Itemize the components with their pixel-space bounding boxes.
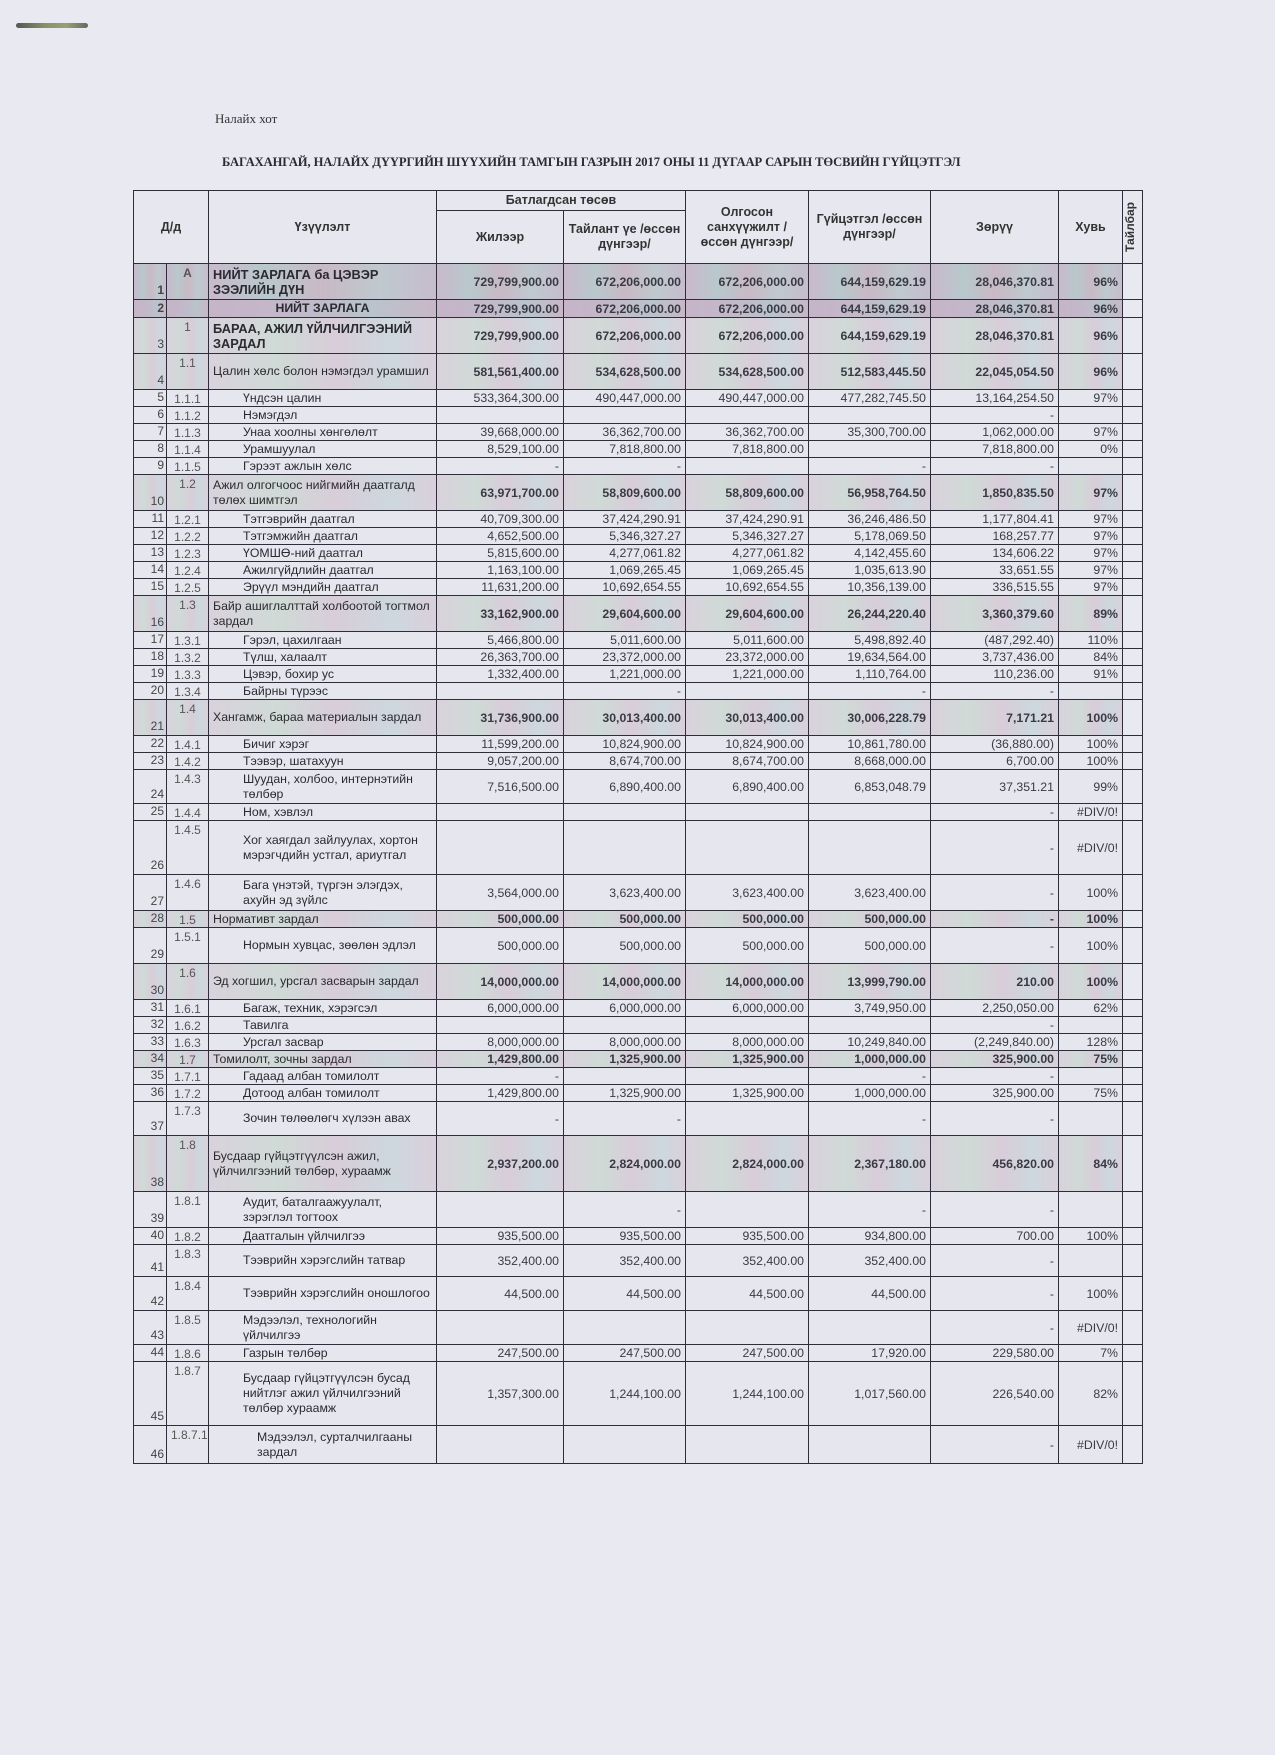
difference-value: 13,164,254.50 bbox=[931, 390, 1059, 407]
execution-value: 1,000,000.00 bbox=[809, 1085, 931, 1102]
period-value: 2,824,000.00 bbox=[564, 1136, 686, 1192]
row-index: 25 bbox=[134, 804, 167, 821]
report-title: БАГАХАНГАЙ, НАЛАЙХ ДҮҮРГИЙН ШҮҮХИЙН ТАМГ… bbox=[222, 155, 960, 170]
financed-value bbox=[686, 407, 809, 424]
period-value: 247,500.00 bbox=[564, 1345, 686, 1362]
percent-value: 97% bbox=[1059, 579, 1123, 596]
financed-value: 44,500.00 bbox=[686, 1277, 809, 1311]
note-cell bbox=[1123, 736, 1143, 753]
note-cell bbox=[1123, 649, 1143, 666]
financed-value: 500,000.00 bbox=[686, 928, 809, 964]
percent-value: #DIV/0! bbox=[1059, 1426, 1123, 1464]
row-code: 1.3.3 bbox=[167, 666, 209, 683]
period-value: 8,674,700.00 bbox=[564, 753, 686, 770]
row-name: Газрын төлбөр bbox=[209, 1345, 437, 1362]
annual-value: 7,516,500.00 bbox=[437, 770, 564, 804]
table-row: 231.4.2Тээвэр, шатахуун9,057,200.008,674… bbox=[134, 753, 1143, 770]
table-row: 431.8.5Мэдээлэл, технологийн үйлчилгээ-#… bbox=[134, 1311, 1143, 1345]
row-name: БАРАА, АЖИЛ ҮЙЛЧИЛГЭЭНИЙ ЗАРДАЛ bbox=[209, 318, 437, 354]
difference-value: - bbox=[931, 407, 1059, 424]
period-value: 44,500.00 bbox=[564, 1277, 686, 1311]
note-cell bbox=[1123, 390, 1143, 407]
annual-value bbox=[437, 683, 564, 700]
row-code: 1.8.3 bbox=[167, 1245, 209, 1277]
row-index: 10 bbox=[134, 475, 167, 511]
table-row: 421.8.4Тээврийн хэрэгслийн оношлогоо44,5… bbox=[134, 1277, 1143, 1311]
note-cell bbox=[1123, 1228, 1143, 1245]
note-cell bbox=[1123, 1068, 1143, 1085]
difference-value: - bbox=[931, 911, 1059, 928]
row-name: Хог хаягдал зайлуулах, хортон мэрэгчдийн… bbox=[209, 821, 437, 875]
row-name: Нормативт зардал bbox=[209, 911, 437, 928]
execution-value: 35,300,700.00 bbox=[809, 424, 931, 441]
period-value: 500,000.00 bbox=[564, 911, 686, 928]
financed-value: 6,000,000.00 bbox=[686, 1000, 809, 1017]
row-index: 36 bbox=[134, 1085, 167, 1102]
row-name: Бичиг хэрэг bbox=[209, 736, 437, 753]
row-index: 21 bbox=[134, 700, 167, 736]
row-name: Гадаад албан томилолт bbox=[209, 1068, 437, 1085]
header-period: Тайлант үе /өссөн дүнгээр/ bbox=[564, 211, 686, 264]
note-cell bbox=[1123, 511, 1143, 528]
period-value: 5,011,600.00 bbox=[564, 632, 686, 649]
difference-value: 37,351.21 bbox=[931, 770, 1059, 804]
execution-value: 352,400.00 bbox=[809, 1245, 931, 1277]
row-name: Урамшуулал bbox=[209, 441, 437, 458]
row-index: 7 bbox=[134, 424, 167, 441]
row-index: 41 bbox=[134, 1245, 167, 1277]
table-body: 1АНИЙТ ЗАРЛАГА ба ЦЭВЭР ЗЭЭЛИЙН ДҮН729,7… bbox=[134, 264, 1143, 1464]
financed-value bbox=[686, 1192, 809, 1228]
percent-value: 75% bbox=[1059, 1051, 1123, 1068]
header-execution: Гүйцэтгэл /өссөн дүнгээр/ bbox=[809, 191, 931, 264]
execution-value: 4,142,455.60 bbox=[809, 545, 931, 562]
financed-value: 4,277,061.82 bbox=[686, 545, 809, 562]
execution-value: 6,853,048.79 bbox=[809, 770, 931, 804]
difference-value: 2,250,050.00 bbox=[931, 1000, 1059, 1017]
period-value: 7,818,800.00 bbox=[564, 441, 686, 458]
row-code: 1.1.4 bbox=[167, 441, 209, 458]
row-index: 28 bbox=[134, 911, 167, 928]
financed-value bbox=[686, 1426, 809, 1464]
period-value bbox=[564, 821, 686, 875]
row-name: НИЙТ ЗАРЛАГА bbox=[209, 300, 437, 318]
percent-value: 97% bbox=[1059, 390, 1123, 407]
execution-value: - bbox=[809, 1192, 931, 1228]
difference-value: 700.00 bbox=[931, 1228, 1059, 1245]
header-dd: Д/д bbox=[134, 191, 209, 264]
note-cell bbox=[1123, 475, 1143, 511]
row-index: 11 bbox=[134, 511, 167, 528]
row-name: Эрүүл мэндийн даатгал bbox=[209, 579, 437, 596]
note-cell bbox=[1123, 700, 1143, 736]
period-value: 1,221,000.00 bbox=[564, 666, 686, 683]
difference-value: (36,880.00) bbox=[931, 736, 1059, 753]
difference-value: - bbox=[931, 1245, 1059, 1277]
percent-value bbox=[1059, 1245, 1123, 1277]
row-index: 43 bbox=[134, 1311, 167, 1345]
percent-value: 96% bbox=[1059, 264, 1123, 300]
financed-value: 3,623,400.00 bbox=[686, 875, 809, 911]
row-index: 26 bbox=[134, 821, 167, 875]
note-cell bbox=[1123, 1426, 1143, 1464]
difference-value: 1,850,835.50 bbox=[931, 475, 1059, 511]
note-cell bbox=[1123, 441, 1143, 458]
row-name: Гэрэл, цахилгаан bbox=[209, 632, 437, 649]
header-note-label: Тайлбар bbox=[1123, 202, 1138, 252]
period-value: 6,890,400.00 bbox=[564, 770, 686, 804]
difference-value: 110,236.00 bbox=[931, 666, 1059, 683]
note-cell bbox=[1123, 770, 1143, 804]
table-row: 211.4Хангамж, бараа материалын зардал31,… bbox=[134, 700, 1143, 736]
annual-value: 3,564,000.00 bbox=[437, 875, 564, 911]
annual-value: 1,429,800.00 bbox=[437, 1051, 564, 1068]
row-index: 33 bbox=[134, 1034, 167, 1051]
execution-value: 2,367,180.00 bbox=[809, 1136, 931, 1192]
row-name: Томилолт, зочны зардал bbox=[209, 1051, 437, 1068]
table-row: 331.6.3Урсгал засвар8,000,000.008,000,00… bbox=[134, 1034, 1143, 1051]
row-index: 35 bbox=[134, 1068, 167, 1085]
table-row: 441.8.6Газрын төлбөр247,500.00247,500.00… bbox=[134, 1345, 1143, 1362]
row-name: Тэтгэмжийн даатгал bbox=[209, 528, 437, 545]
percent-value: 100% bbox=[1059, 964, 1123, 1000]
note-cell bbox=[1123, 1192, 1143, 1228]
annual-value: 4,652,500.00 bbox=[437, 528, 564, 545]
table-row: 51.1.1Үндсэн цалин533,364,300.00490,447,… bbox=[134, 390, 1143, 407]
note-cell bbox=[1123, 632, 1143, 649]
difference-value: 134,606.22 bbox=[931, 545, 1059, 562]
table-row: 301.6Эд хогшил, урсгал засварын зардал14… bbox=[134, 964, 1143, 1000]
percent-value: 97% bbox=[1059, 424, 1123, 441]
table-row: 221.4.1Бичиг хэрэг11,599,200.0010,824,90… bbox=[134, 736, 1143, 753]
row-name: Ажил олгогчоос нийгмийн даатгалд төлөх ш… bbox=[209, 475, 437, 511]
table-row: 411.8.3Тээврийн хэрэгслийн татвар352,400… bbox=[134, 1245, 1143, 1277]
table-row: 141.2.4Ажилгүйдлийн даатгал1,163,100.001… bbox=[134, 562, 1143, 579]
header-approved-budget: Батлагдсан төсөв bbox=[437, 191, 686, 211]
annual-value bbox=[437, 804, 564, 821]
row-index: 44 bbox=[134, 1345, 167, 1362]
financed-value: 352,400.00 bbox=[686, 1245, 809, 1277]
period-value: 14,000,000.00 bbox=[564, 964, 686, 1000]
difference-value: 33,651.55 bbox=[931, 562, 1059, 579]
difference-value: 22,045,054.50 bbox=[931, 354, 1059, 390]
row-index: 27 bbox=[134, 875, 167, 911]
period-value: 352,400.00 bbox=[564, 1245, 686, 1277]
annual-value: 5,466,800.00 bbox=[437, 632, 564, 649]
percent-value bbox=[1059, 683, 1123, 700]
budget-execution-table: Д/д Үзүүлэлт Батлагдсан төсөв Олгосон са… bbox=[133, 190, 1143, 1464]
annual-value: 8,000,000.00 bbox=[437, 1034, 564, 1051]
note-cell bbox=[1123, 579, 1143, 596]
row-index: 1 bbox=[134, 264, 167, 300]
city-label: Налайх хот bbox=[215, 111, 277, 127]
note-cell bbox=[1123, 528, 1143, 545]
row-code: 1.4.6 bbox=[167, 875, 209, 911]
note-cell bbox=[1123, 1277, 1143, 1311]
execution-value bbox=[809, 821, 931, 875]
annual-value bbox=[437, 407, 564, 424]
row-code: 1.3.1 bbox=[167, 632, 209, 649]
percent-value: 84% bbox=[1059, 1136, 1123, 1192]
period-value: 8,000,000.00 bbox=[564, 1034, 686, 1051]
row-index: 16 bbox=[134, 596, 167, 632]
table-row: 171.3.1Гэрэл, цахилгаан5,466,800.005,011… bbox=[134, 632, 1143, 649]
row-code: 1.3 bbox=[167, 596, 209, 632]
table-row: 241.4.3Шуудан, холбоо, интернэтийн төлбө… bbox=[134, 770, 1143, 804]
period-value: - bbox=[564, 683, 686, 700]
percent-value: 7% bbox=[1059, 1345, 1123, 1362]
note-cell bbox=[1123, 753, 1143, 770]
note-cell bbox=[1123, 354, 1143, 390]
difference-value: 325,900.00 bbox=[931, 1085, 1059, 1102]
execution-value: 1,000,000.00 bbox=[809, 1051, 931, 1068]
note-cell bbox=[1123, 1311, 1143, 1345]
financed-value bbox=[686, 683, 809, 700]
row-code: 1.2.3 bbox=[167, 545, 209, 562]
percent-value: 0% bbox=[1059, 441, 1123, 458]
annual-value: 500,000.00 bbox=[437, 911, 564, 928]
staple-mark bbox=[16, 23, 88, 28]
financed-value: 1,325,900.00 bbox=[686, 1051, 809, 1068]
table-row: 261.4.5Хог хаягдал зайлуулах, хортон мэр… bbox=[134, 821, 1143, 875]
percent-value: 75% bbox=[1059, 1085, 1123, 1102]
row-code: 1.6.1 bbox=[167, 1000, 209, 1017]
row-name: Мэдээлэл, сурталчилгааны зардал bbox=[209, 1426, 437, 1464]
period-value: - bbox=[564, 1102, 686, 1136]
annual-value: - bbox=[437, 458, 564, 475]
annual-value: 5,815,600.00 bbox=[437, 545, 564, 562]
execution-value: 644,159,629.19 bbox=[809, 264, 931, 300]
difference-value: - bbox=[931, 928, 1059, 964]
difference-value: 3,737,436.00 bbox=[931, 649, 1059, 666]
table-row: 2НИЙТ ЗАРЛАГА729,799,900.00672,206,000.0… bbox=[134, 300, 1143, 318]
period-value bbox=[564, 1017, 686, 1034]
difference-value: - bbox=[931, 1102, 1059, 1136]
percent-value: 97% bbox=[1059, 545, 1123, 562]
difference-value: 1,177,804.41 bbox=[931, 511, 1059, 528]
row-name: Тээврийн хэрэгслийн оношлогоо bbox=[209, 1277, 437, 1311]
percent-value: 96% bbox=[1059, 318, 1123, 354]
table-row: 31БАРАА, АЖИЛ ҮЙЛЧИЛГЭЭНИЙ ЗАРДАЛ729,799… bbox=[134, 318, 1143, 354]
table-row: 371.7.3Зочин төлөөлөгч хүлээн авах---- bbox=[134, 1102, 1143, 1136]
row-code: 1.4.1 bbox=[167, 736, 209, 753]
row-name: Байрны түрээс bbox=[209, 683, 437, 700]
row-index: 15 bbox=[134, 579, 167, 596]
percent-value: 96% bbox=[1059, 354, 1123, 390]
financed-value bbox=[686, 1102, 809, 1136]
row-name: Эд хогшил, урсгал засварын зардал bbox=[209, 964, 437, 1000]
note-cell bbox=[1123, 875, 1143, 911]
row-index: 46 bbox=[134, 1426, 167, 1464]
annual-value: 1,357,300.00 bbox=[437, 1362, 564, 1426]
difference-value: 210.00 bbox=[931, 964, 1059, 1000]
execution-value: 3,749,950.00 bbox=[809, 1000, 931, 1017]
annual-value: 44,500.00 bbox=[437, 1277, 564, 1311]
row-code: 1.8.2 bbox=[167, 1228, 209, 1245]
execution-value: 1,110,764.00 bbox=[809, 666, 931, 683]
annual-value: 352,400.00 bbox=[437, 1245, 564, 1277]
table-row: 1АНИЙТ ЗАРЛАГА ба ЦЭВЭР ЗЭЭЛИЙН ДҮН729,7… bbox=[134, 264, 1143, 300]
table-row: 191.3.3Цэвэр, бохир ус1,332,400.001,221,… bbox=[134, 666, 1143, 683]
note-cell bbox=[1123, 911, 1143, 928]
row-code: 1.7.2 bbox=[167, 1085, 209, 1102]
row-code: 1.1.5 bbox=[167, 458, 209, 475]
note-cell bbox=[1123, 1085, 1143, 1102]
period-value: 534,628,500.00 bbox=[564, 354, 686, 390]
row-code: 1.8.4 bbox=[167, 1277, 209, 1311]
annual-value: 500,000.00 bbox=[437, 928, 564, 964]
note-cell bbox=[1123, 804, 1143, 821]
row-name: Аудит, баталгаажуулалт, зэрэглэл тогтоох bbox=[209, 1192, 437, 1228]
period-value bbox=[564, 804, 686, 821]
row-name: Бага үнэтэй, түргэн элэгдэх, ахуйн эд зү… bbox=[209, 875, 437, 911]
percent-value: 62% bbox=[1059, 1000, 1123, 1017]
annual-value bbox=[437, 1192, 564, 1228]
row-index: 12 bbox=[134, 528, 167, 545]
note-cell bbox=[1123, 1245, 1143, 1277]
table-row: 351.7.1Гадаад албан томилолт--- bbox=[134, 1068, 1143, 1085]
note-cell bbox=[1123, 458, 1143, 475]
row-code: 1.3.4 bbox=[167, 683, 209, 700]
percent-value bbox=[1059, 458, 1123, 475]
period-value: 1,325,900.00 bbox=[564, 1051, 686, 1068]
row-code: 1.2 bbox=[167, 475, 209, 511]
row-code bbox=[167, 300, 209, 318]
row-index: 3 bbox=[134, 318, 167, 354]
row-name: Багаж, техник, хэрэгсэл bbox=[209, 1000, 437, 1017]
financed-value: 6,890,400.00 bbox=[686, 770, 809, 804]
row-code: 1.8.5 bbox=[167, 1311, 209, 1345]
annual-value: 729,799,900.00 bbox=[437, 318, 564, 354]
execution-value: - bbox=[809, 1102, 931, 1136]
note-cell bbox=[1123, 264, 1143, 300]
table-row: 201.3.4Байрны түрээс--- bbox=[134, 683, 1143, 700]
row-code: 1.6 bbox=[167, 964, 209, 1000]
financed-value: 7,818,800.00 bbox=[686, 441, 809, 458]
annual-value: 247,500.00 bbox=[437, 1345, 564, 1362]
annual-value: 1,429,800.00 bbox=[437, 1085, 564, 1102]
percent-value: 97% bbox=[1059, 475, 1123, 511]
annual-value: 11,631,200.00 bbox=[437, 579, 564, 596]
execution-value: 10,356,139.00 bbox=[809, 579, 931, 596]
percent-value: 100% bbox=[1059, 911, 1123, 928]
row-code: 1.8.6 bbox=[167, 1345, 209, 1362]
percent-value bbox=[1059, 1192, 1123, 1228]
annual-value: 729,799,900.00 bbox=[437, 300, 564, 318]
period-value: - bbox=[564, 458, 686, 475]
percent-value: 97% bbox=[1059, 511, 1123, 528]
row-name: Ажилгүйдлийн даатгал bbox=[209, 562, 437, 579]
note-cell bbox=[1123, 1345, 1143, 1362]
annual-value: 26,363,700.00 bbox=[437, 649, 564, 666]
execution-value: 36,246,486.50 bbox=[809, 511, 931, 528]
annual-value: 40,709,300.00 bbox=[437, 511, 564, 528]
row-name: Тээвэр, шатахуун bbox=[209, 753, 437, 770]
execution-value: 1,017,560.00 bbox=[809, 1362, 931, 1426]
row-index: 9 bbox=[134, 458, 167, 475]
annual-value: 1,332,400.00 bbox=[437, 666, 564, 683]
table-row: 41.1Цалин хөлс болон нэмэгдэл урамшил581… bbox=[134, 354, 1143, 390]
row-code: 1.8.7 bbox=[167, 1362, 209, 1426]
execution-value: 44,500.00 bbox=[809, 1277, 931, 1311]
row-code: 1.3.2 bbox=[167, 649, 209, 666]
table-row: 321.6.2Тавилга- bbox=[134, 1017, 1143, 1034]
annual-value: 729,799,900.00 bbox=[437, 264, 564, 300]
execution-value: 3,623,400.00 bbox=[809, 875, 931, 911]
annual-value: 63,971,700.00 bbox=[437, 475, 564, 511]
difference-value: - bbox=[931, 1311, 1059, 1345]
percent-value bbox=[1059, 1017, 1123, 1034]
period-value bbox=[564, 1311, 686, 1345]
difference-value: 28,046,370.81 bbox=[931, 318, 1059, 354]
period-value: 672,206,000.00 bbox=[564, 318, 686, 354]
financed-value: 534,628,500.00 bbox=[686, 354, 809, 390]
difference-value: 226,540.00 bbox=[931, 1362, 1059, 1426]
annual-value bbox=[437, 1311, 564, 1345]
note-cell bbox=[1123, 928, 1143, 964]
note-cell bbox=[1123, 683, 1143, 700]
annual-value bbox=[437, 821, 564, 875]
table-row: 91.1.5Гэрээт ажлын хөлс---- bbox=[134, 458, 1143, 475]
financed-value: 1,244,100.00 bbox=[686, 1362, 809, 1426]
percent-value: 91% bbox=[1059, 666, 1123, 683]
financed-value: 29,604,600.00 bbox=[686, 596, 809, 632]
row-name: Унаа хоолны хөнгөлөлт bbox=[209, 424, 437, 441]
row-index: 5 bbox=[134, 390, 167, 407]
row-code: 1.1.3 bbox=[167, 424, 209, 441]
percent-value: 100% bbox=[1059, 700, 1123, 736]
financed-value bbox=[686, 821, 809, 875]
percent-value: 100% bbox=[1059, 875, 1123, 911]
period-value: 10,824,900.00 bbox=[564, 736, 686, 753]
annual-value: 935,500.00 bbox=[437, 1228, 564, 1245]
table-row: 71.1.3Унаа хоолны хөнгөлөлт39,668,000.00… bbox=[134, 424, 1143, 441]
table-row: 391.8.1Аудит, баталгаажуулалт, зэрэглэл … bbox=[134, 1192, 1143, 1228]
execution-value: 644,159,629.19 bbox=[809, 318, 931, 354]
row-index: 6 bbox=[134, 407, 167, 424]
row-name: Шуудан, холбоо, интернэтийн төлбөр bbox=[209, 770, 437, 804]
note-cell bbox=[1123, 1136, 1143, 1192]
financed-value bbox=[686, 1017, 809, 1034]
row-code: 1 bbox=[167, 318, 209, 354]
period-value: 5,346,327.27 bbox=[564, 528, 686, 545]
financed-value: 1,069,265.45 bbox=[686, 562, 809, 579]
header-difference: Зөрүү bbox=[931, 191, 1059, 264]
row-code: 1.4.2 bbox=[167, 753, 209, 770]
percent-value: 97% bbox=[1059, 562, 1123, 579]
financed-value: 672,206,000.00 bbox=[686, 318, 809, 354]
percent-value: #DIV/0! bbox=[1059, 1311, 1123, 1345]
row-code: 1.7.1 bbox=[167, 1068, 209, 1085]
financed-value: 14,000,000.00 bbox=[686, 964, 809, 1000]
period-value: 36,362,700.00 bbox=[564, 424, 686, 441]
annual-value: 2,937,200.00 bbox=[437, 1136, 564, 1192]
execution-value: 19,634,564.00 bbox=[809, 649, 931, 666]
row-code: 1.4 bbox=[167, 700, 209, 736]
row-name: Цалин хөлс болон нэмэгдэл урамшил bbox=[209, 354, 437, 390]
difference-value: 325,900.00 bbox=[931, 1051, 1059, 1068]
table-row: 381.8Бусдаар гүйцэтгүүлсэн ажил, үйлчилг… bbox=[134, 1136, 1143, 1192]
period-value: 1,325,900.00 bbox=[564, 1085, 686, 1102]
table-row: 291.5.1Нормын хувцас, зөөлөн эдлэл500,00… bbox=[134, 928, 1143, 964]
row-code: 1.7 bbox=[167, 1051, 209, 1068]
row-index: 34 bbox=[134, 1051, 167, 1068]
difference-value: - bbox=[931, 875, 1059, 911]
execution-value: 5,178,069.50 bbox=[809, 528, 931, 545]
financed-value: 1,325,900.00 bbox=[686, 1085, 809, 1102]
difference-value: (487,292.40) bbox=[931, 632, 1059, 649]
financed-value: 5,346,327.27 bbox=[686, 528, 809, 545]
